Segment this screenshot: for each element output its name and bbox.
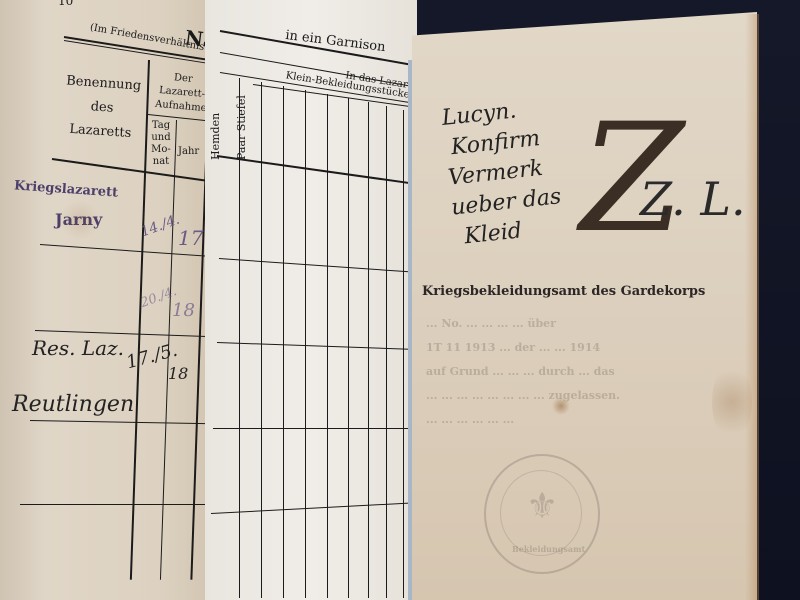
- table-header-bottom: [52, 158, 221, 184]
- header-line: Mo-: [147, 144, 175, 156]
- faint-line: auf Grund ... ... ... durch ... das: [426, 360, 696, 384]
- middle-row-rule: [211, 503, 409, 514]
- handwritten-note: Lucyn. Konfirm Vermerk ueber das Kleid: [440, 93, 565, 254]
- entry-hospital-line2: Reutlingen: [12, 392, 134, 417]
- entry-year: 18: [168, 364, 188, 383]
- column-header-day-month: Tag und Mo- nat: [147, 120, 175, 168]
- right-page: Lucyn. Konfirm Vermerk ueber das Kleid Z…: [412, 12, 757, 600]
- seal-text: Bekleidungsamt: [512, 544, 585, 554]
- column-header-hospital-name: Benennung des Lazaretts: [60, 69, 145, 146]
- entry-hospital-line1: Res. Laz.: [32, 336, 124, 360]
- office-stamp-heading: Kriegsbekleidungsamt des Gardekorps: [422, 284, 705, 299]
- table-row-rule: [20, 504, 220, 505]
- middle-column-rule: [239, 78, 240, 598]
- column-header-year: Jahr: [178, 146, 199, 157]
- hospital-stamp-line1: Kriegslazarett: [14, 178, 119, 200]
- table-row-rule: [30, 420, 220, 424]
- eagle-icon: ⚜: [526, 486, 558, 527]
- header-line: Tag: [147, 120, 175, 132]
- faint-line: ... No. ... ... ... ... über: [426, 312, 696, 336]
- stain: [60, 200, 100, 240]
- middle-column-rule: [283, 86, 284, 598]
- header-line: und: [147, 132, 175, 144]
- middle-row-rule: [213, 428, 409, 429]
- left-page: 10 Nac (Im Friedensverhältnis in Benennu…: [0, 0, 225, 600]
- column-header-shirts: Hemden: [209, 113, 222, 160]
- middle-row-rule: [217, 342, 413, 350]
- middle-column-rule: [261, 82, 262, 598]
- header-line: nat: [147, 156, 175, 168]
- circular-seal: ⚜ Bekleidungsamt: [484, 454, 600, 574]
- header-line: Lazaretts: [60, 117, 141, 147]
- entry-day-month: 14./4.: [138, 212, 181, 241]
- middle-page: in ein Garnison In das Lazarett Klein-Be…: [205, 0, 417, 600]
- middle-column-rule: [305, 90, 306, 598]
- page-edge-aging: [745, 14, 759, 600]
- middle-row-rule: [217, 155, 413, 185]
- faint-line: 1T 11 1913 ... der ... ... 1914: [426, 336, 696, 360]
- stain: [552, 397, 570, 415]
- page-number: 10: [58, 0, 73, 8]
- handwritten-initials: Z. L.: [640, 172, 746, 226]
- entry-year: 18: [172, 300, 195, 321]
- column-header-boots: Paar Stiefel: [235, 95, 248, 160]
